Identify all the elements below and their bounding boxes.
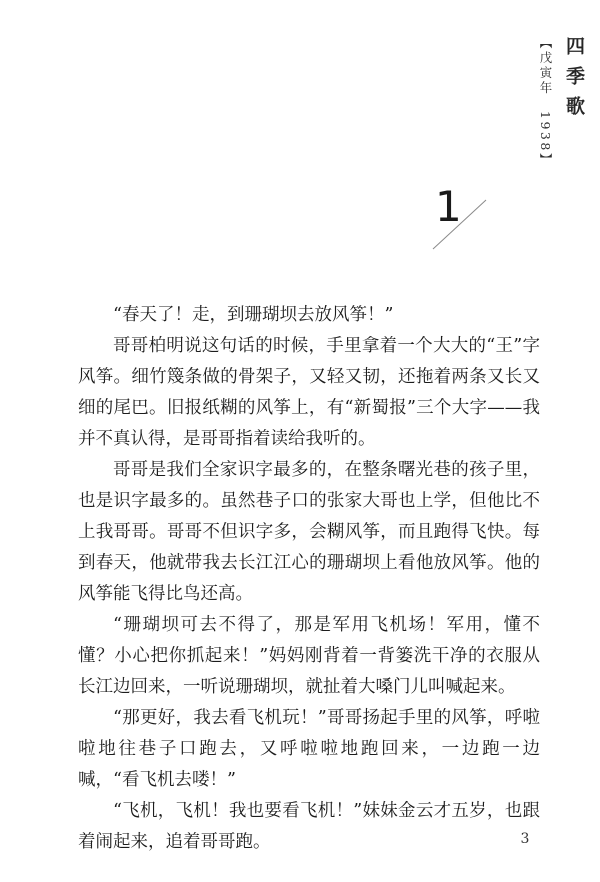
paragraph: “飞机，飞机！我也要看飞机！”妹妹金云才五岁，也跟着闹起来，追着哥哥跑。 — [78, 796, 540, 858]
chapter-number: 1 — [435, 186, 462, 228]
running-header: 四季歌 【戊寅年 1938】 — [536, 36, 588, 168]
paragraph: “珊瑚坝可去不得了，那是军用飞机场！军用，懂不懂？小心把你抓起来！”妈妈刚背着一… — [78, 610, 540, 703]
era-year-label: 【戊寅年 1938】 — [536, 36, 554, 168]
paragraph: “春天了！走，到珊瑚坝去放风筝！” — [78, 300, 540, 331]
paragraph: “那更好，我去看飞机玩！”哥哥扬起手里的风筝，呼啦啦地往巷子口跑去，又呼啦啦地跑… — [78, 703, 540, 796]
chapter-heading: 1 — [420, 183, 500, 255]
paragraph: 哥哥柏明说这句话的时候，手里拿着一个大大的“王”字风筝。细竹篾条做的骨架子，又轻… — [78, 331, 540, 455]
body-text: “春天了！走，到珊瑚坝去放风筝！” 哥哥柏明说这句话的时候，手里拿着一个大大的“… — [78, 300, 540, 858]
paragraph: 哥哥是我们全家识字最多的，在整条曙光巷的孩子里，也是识字最多的。虽然巷子口的张家… — [78, 455, 540, 610]
book-title: 四季歌 — [561, 36, 588, 168]
book-page: 四季歌 【戊寅年 1938】 1 “春天了！走，到珊瑚坝去放风筝！” 哥哥柏明说… — [0, 0, 600, 882]
page-number: 3 — [514, 831, 536, 847]
